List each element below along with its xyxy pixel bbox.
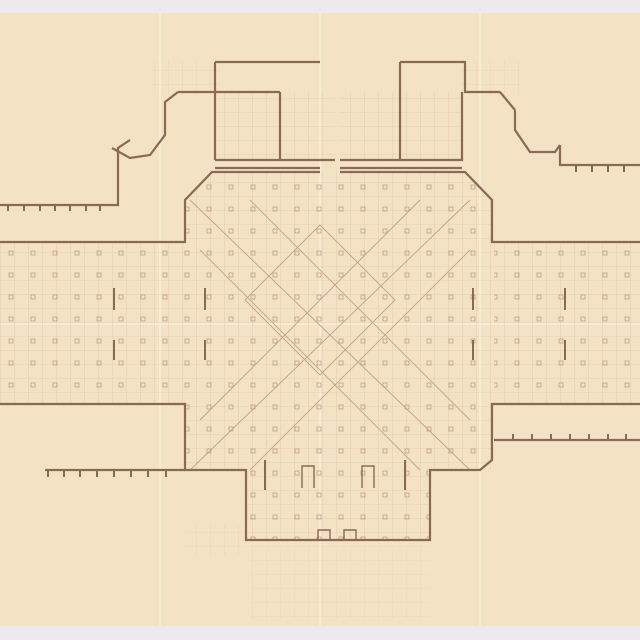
floor-plan-drawing [0,0,640,640]
east-wing [494,242,640,404]
west-wing [0,242,185,404]
